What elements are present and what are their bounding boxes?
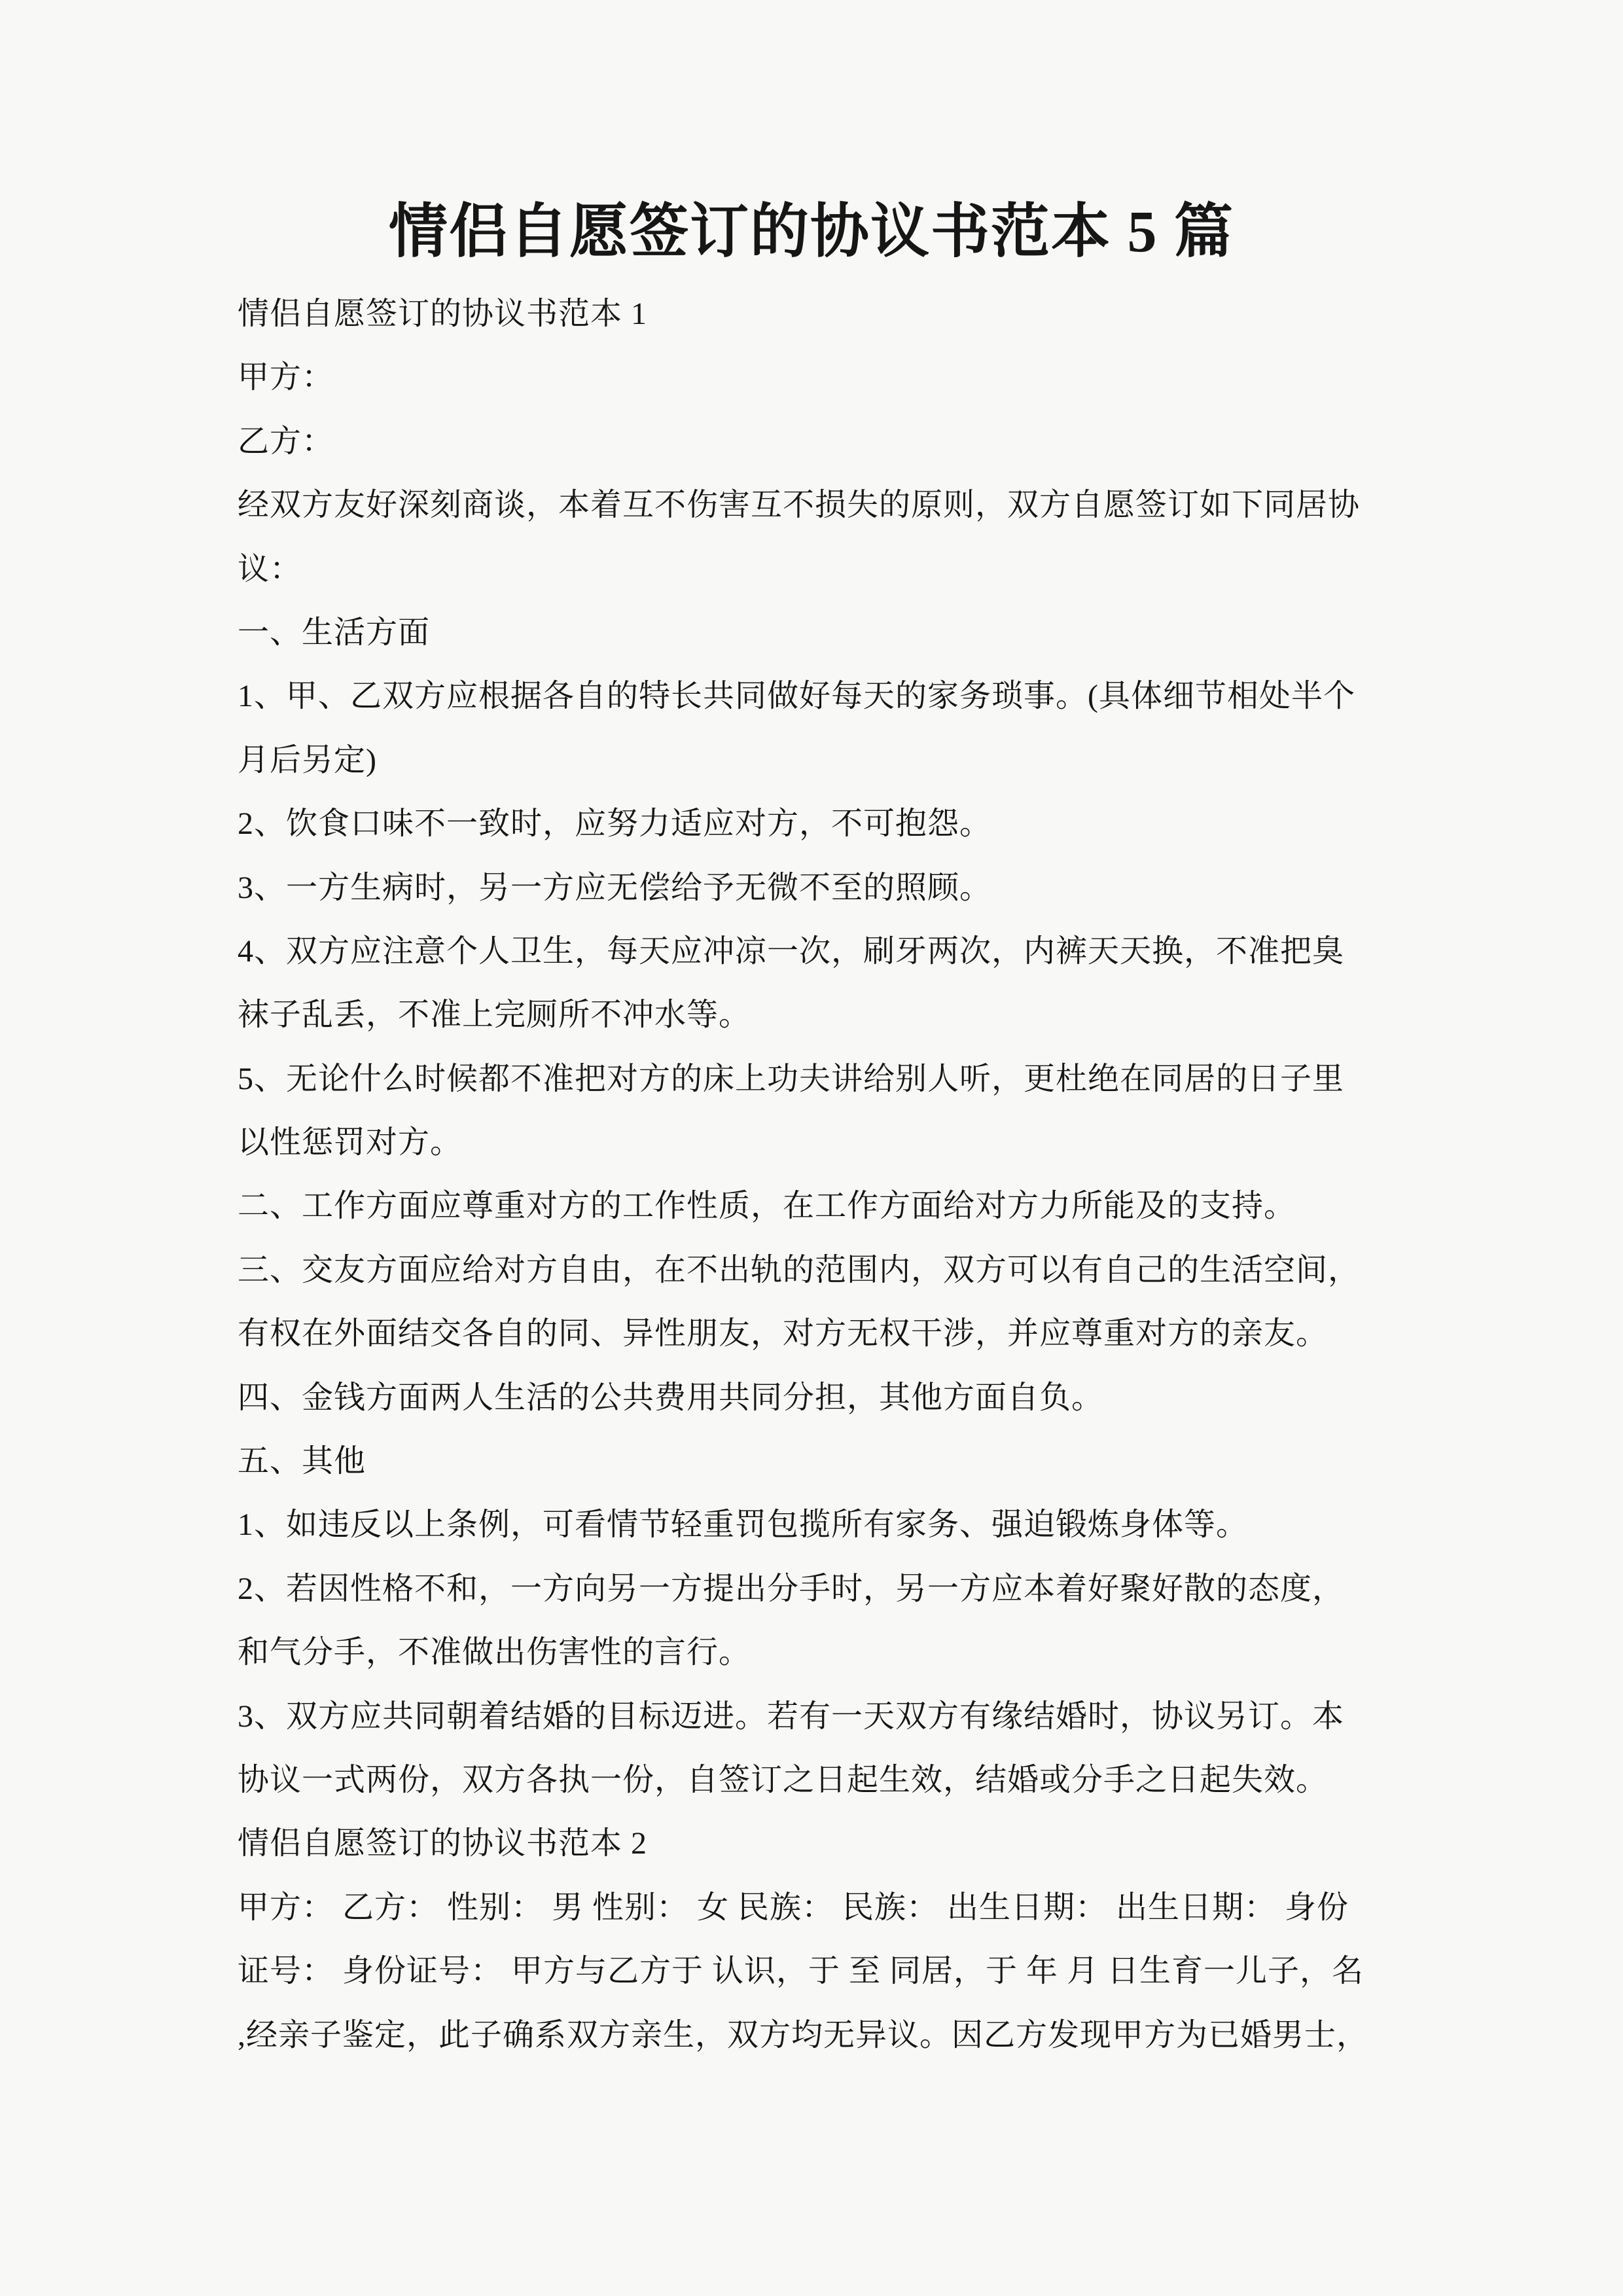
- text-line: 证号： 身份证号： 甲方与乙方于 认识，于 至 同居，于 年 月 日生育一儿子，…: [238, 1939, 1416, 2003]
- text-line: 甲方：: [238, 346, 1416, 409]
- text-line: 经双方友好深刻商谈，本着互不伤害互不损失的原则，双方自愿签订如下同居协: [238, 473, 1416, 537]
- text-line: 5、无论什么时候都不准把对方的床上功夫讲给别人听，更杜绝在同居的日子里: [238, 1047, 1416, 1111]
- text-line: 五、其他: [238, 1429, 1416, 1493]
- text-line: 4、双方应注意个人卫生，每天应冲凉一次，刷牙两次，内裤天天换，不准把臭: [238, 920, 1416, 983]
- text-line: 乙方：: [238, 410, 1416, 473]
- text-line: 二、工作方面应尊重对方的工作性质，在工作方面给对方力所能及的支持。: [238, 1174, 1416, 1238]
- text-line: 有权在外面结交各自的同、异性朋友，对方无权干涉，并应尊重对方的亲友。: [238, 1302, 1416, 1365]
- text-line: 月后另定): [238, 728, 1416, 792]
- text-line: 情侣自愿签订的协议书范本 1: [238, 282, 1416, 346]
- text-line: 3、双方应共同朝着结婚的目标迈进。若有一天双方有缘结婚时，协议另订。本: [238, 1685, 1416, 1748]
- text-line: 四、金钱方面两人生活的公共费用共同分担，其他方面自负。: [238, 1366, 1416, 1429]
- text-line: 2、饮食口味不一致时，应努力适应对方，不可抱怨。: [238, 792, 1416, 855]
- document-page: 情侣自愿签订的协议书范本 5 篇 情侣自愿签订的协议书范本 1甲方：乙方：经双方…: [0, 0, 1623, 2296]
- document-body: 情侣自愿签订的协议书范本 1甲方：乙方：经双方友好深刻商谈，本着互不伤害互不损失…: [238, 282, 1416, 2067]
- text-line: 以性惩罚对方。: [238, 1111, 1416, 1174]
- text-line: 和气分手，不准做出伤害性的言行。: [238, 1621, 1416, 1684]
- page-title: 情侣自愿签订的协议书范本 5 篇: [0, 196, 1623, 268]
- text-line: 3、一方生病时，另一方应无偿给予无微不至的照顾。: [238, 856, 1416, 920]
- text-line: 1、甲、乙双方应根据各自的特长共同做好每天的家务琐事。(具体细节相处半个: [238, 664, 1416, 728]
- text-line: ,经亲子鉴定，此子确系双方亲生，双方均无异议。因乙方发现甲方为已婚男士，: [238, 2003, 1416, 2067]
- text-line: 三、交友方面应给对方自由，在不出轨的范围内，双方可以有自己的生活空间，: [238, 1238, 1416, 1302]
- text-line: 甲方： 乙方： 性别： 男 性别： 女 民族： 民族： 出生日期： 出生日期： …: [238, 1876, 1416, 1939]
- text-line: 1、如违反以上条例，可看情节轻重罚包揽所有家务、强迫锻炼身体等。: [238, 1493, 1416, 1556]
- text-line: 一、生活方面: [238, 601, 1416, 664]
- text-line: 议：: [238, 537, 1416, 601]
- text-line: 2、若因性格不和，一方向另一方提出分手时，另一方应本着好聚好散的态度，: [238, 1557, 1416, 1621]
- text-line: 情侣自愿签订的协议书范本 2: [238, 1812, 1416, 1875]
- text-line: 袜子乱丢，不准上完厕所不冲水等。: [238, 983, 1416, 1047]
- text-line: 协议一式两份，双方各执一份，自签订之日起生效，结婚或分手之日起失效。: [238, 1748, 1416, 1812]
